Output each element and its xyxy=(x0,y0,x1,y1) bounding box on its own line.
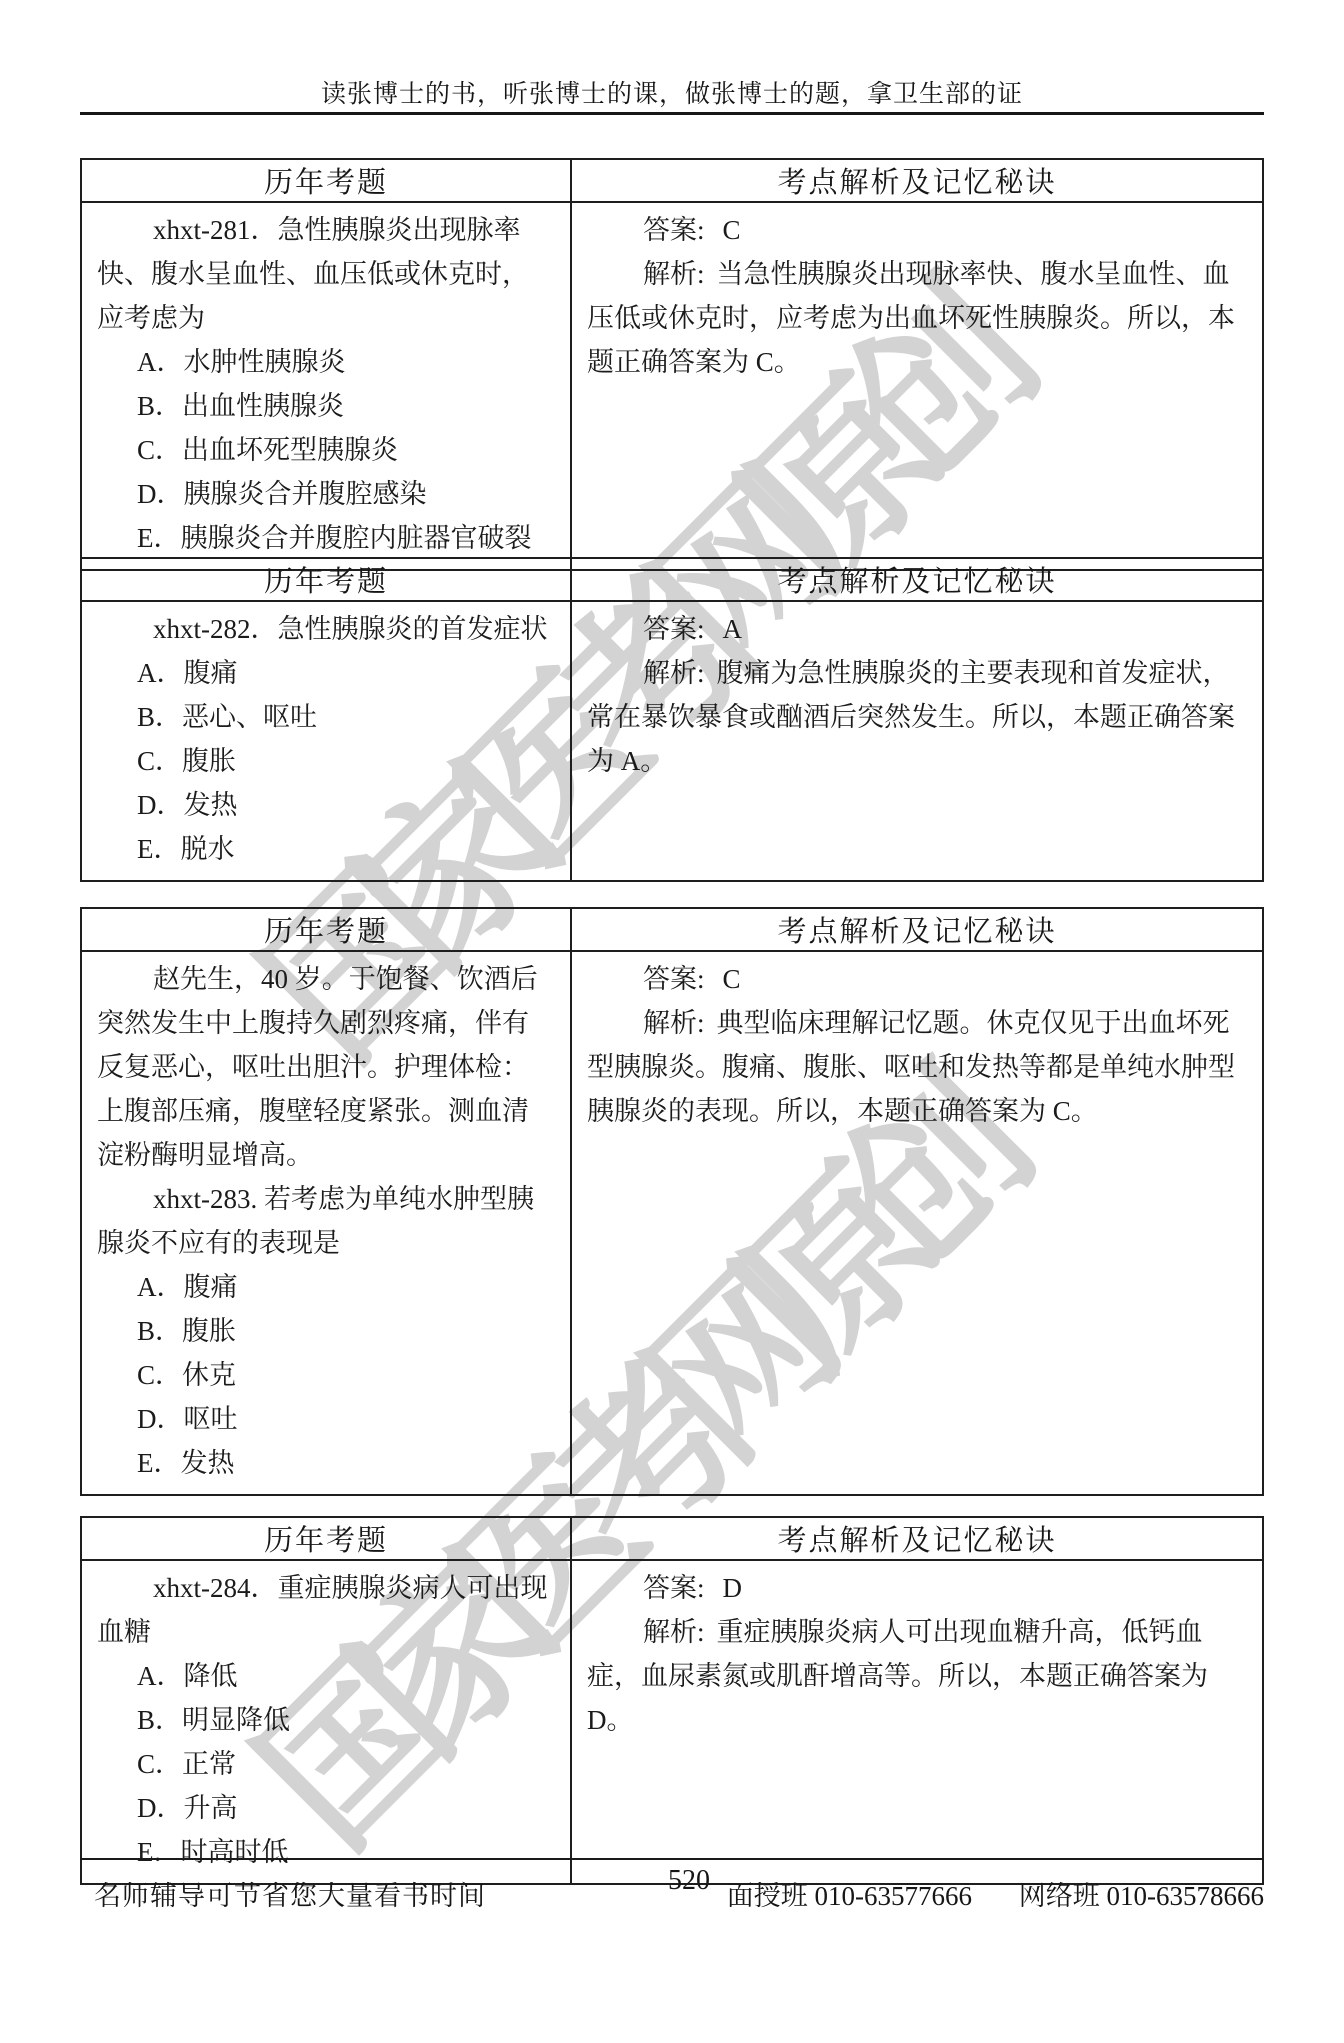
answer-line: 答案:D xyxy=(587,1566,1247,1610)
case-description: 赵先生，40 岁。于饱餐、饮酒后突然发生中上腹持久剧烈疼痛，伴有反复恶心，呕吐出… xyxy=(97,957,555,1177)
option-b: B．腹胀 xyxy=(97,1309,555,1353)
option-c: C．出血坏死型胰腺炎 xyxy=(97,428,555,472)
question-stem: xhxt-284．重症胰腺炎病人可出现血糖 xyxy=(97,1566,555,1654)
option-a: A．腹痛 xyxy=(97,651,555,695)
option-c: C．休克 xyxy=(97,1353,555,1397)
column-header-questions: 历年考题 xyxy=(81,159,571,202)
answer-line: 答案:A xyxy=(587,607,1247,651)
question-stem: xhxt-281．急性胰腺炎出现脉率快、腹水呈血性、血压低或休克时，应考虑为 xyxy=(97,208,555,340)
option-b: B．明显降低 xyxy=(97,1698,555,1742)
page-number: 520 xyxy=(668,1865,710,1897)
option-e: E．脱水 xyxy=(97,827,555,871)
question-table-2: 历年考题 考点解析及记忆秘诀 xhxt-282．急性胰腺炎的首发症状 A．腹痛 … xyxy=(80,557,1264,882)
option-e: E．胰腺炎合并腹腔内脏器官破裂 xyxy=(97,516,555,560)
option-a: A．降低 xyxy=(97,1654,555,1698)
answer-value: C xyxy=(723,964,741,994)
question-table-3: 历年考题 考点解析及记忆秘诀 赵先生，40 岁。于饱餐、饮酒后突然发生中上腹持久… xyxy=(80,907,1264,1496)
header-rule xyxy=(80,112,1264,115)
footer-phone-online: 网络班 010-63578666 xyxy=(1019,1874,1264,1913)
analysis-paragraph: 解析:重症胰腺炎病人可出现血糖升高，低钙血症，血尿素氮或肌酐增高等。所以，本题正… xyxy=(587,1610,1247,1742)
answer-label: 答案: xyxy=(643,1573,705,1603)
footer: 名师辅导可节省您大量看书时间 520 面授班 010-63577666 网络班 … xyxy=(80,1870,1264,1912)
analysis-label: 解析: xyxy=(643,658,705,688)
analysis-paragraph: 解析:典型临床理解记忆题。休克仅见于出血坏死型胰腺炎。腹痛、腹胀、呕吐和发热等都… xyxy=(587,1001,1247,1133)
option-e: E．发热 xyxy=(97,1441,555,1485)
footer-rule xyxy=(80,1858,1264,1860)
option-d: D．胰腺炎合并腹腔感染 xyxy=(97,472,555,516)
question-stem: xhxt-282．急性胰腺炎的首发症状 xyxy=(97,607,555,651)
option-c: C．正常 xyxy=(97,1742,555,1786)
option-a: A．腹痛 xyxy=(97,1265,555,1309)
question-table-1: 历年考题 考点解析及记忆秘诀 xhxt-281．急性胰腺炎出现脉率快、腹水呈血性… xyxy=(80,158,1264,571)
option-d: D．发热 xyxy=(97,783,555,827)
answer-value: C xyxy=(723,215,741,245)
option-d: D．升高 xyxy=(97,1786,555,1830)
question-table-4: 历年考题 考点解析及记忆秘诀 xhxt-284．重症胰腺炎病人可出现血糖 A．降… xyxy=(80,1516,1264,1885)
analysis-label: 解析: xyxy=(643,1008,705,1038)
footer-note: 名师辅导可节省您大量看书时间 xyxy=(94,1874,486,1913)
column-header-questions: 历年考题 xyxy=(81,558,571,601)
header-slogan: 读张博士的书，听张博士的课，做张博士的题，拿卫生部的证 xyxy=(0,74,1344,110)
answer-label: 答案: xyxy=(643,964,705,994)
question-stem: xhxt-283. 若考虑为单纯水肿型胰腺炎不应有的表现是 xyxy=(97,1177,555,1265)
footer-phone-onsite: 面授班 010-63577666 xyxy=(727,1874,972,1913)
answer-value: A xyxy=(723,614,743,644)
column-header-analysis: 考点解析及记忆秘诀 xyxy=(571,908,1263,951)
column-header-analysis: 考点解析及记忆秘诀 xyxy=(571,558,1263,601)
analysis-paragraph: 解析:腹痛为急性胰腺炎的主要表现和首发症状，常在暴饮暴食或酗酒后突然发生。所以，… xyxy=(587,651,1247,783)
analysis-label: 解析: xyxy=(643,1617,705,1647)
option-e: E．时高时低 xyxy=(97,1830,555,1874)
column-header-questions: 历年考题 xyxy=(81,908,571,951)
answer-line: 答案:C xyxy=(587,957,1247,1001)
column-header-analysis: 考点解析及记忆秘诀 xyxy=(571,159,1263,202)
column-header-analysis: 考点解析及记忆秘诀 xyxy=(571,1517,1263,1560)
option-d: D．呕吐 xyxy=(97,1397,555,1441)
answer-label: 答案: xyxy=(643,614,705,644)
answer-value: D xyxy=(723,1573,743,1603)
analysis-paragraph: 解析:当急性胰腺炎出现脉率快、腹水呈血性、血压低或休克时，应考虑为出血坏死性胰腺… xyxy=(587,252,1247,384)
option-c: C．腹胀 xyxy=(97,739,555,783)
column-header-questions: 历年考题 xyxy=(81,1517,571,1560)
analysis-label: 解析: xyxy=(643,259,705,289)
option-b: B．出血性胰腺炎 xyxy=(97,384,555,428)
option-a: A．水肿性胰腺炎 xyxy=(97,340,555,384)
answer-line: 答案:C xyxy=(587,208,1247,252)
option-b: B．恶心、呕吐 xyxy=(97,695,555,739)
answer-label: 答案: xyxy=(643,215,705,245)
